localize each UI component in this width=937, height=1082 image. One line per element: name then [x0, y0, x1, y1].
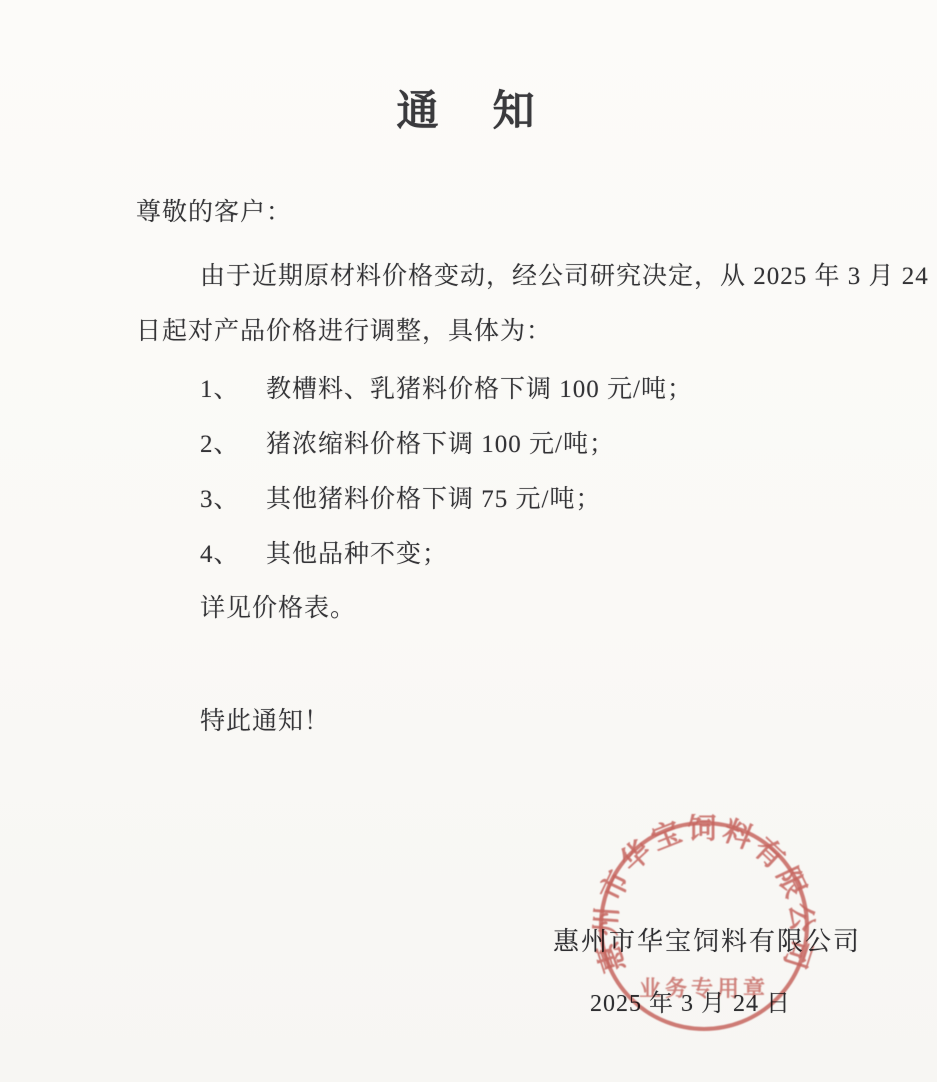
seal-arc-text: 惠州市华宝饲料有限公司 [592, 814, 816, 976]
body-paragraph-line-2: 日起对产品价格进行调整，具体为： [136, 311, 552, 347]
body-paragraph-line-1: 由于近期原材料价格变动，经公司研究决定，从 2025 年 3 月 24 [136, 256, 929, 292]
list-item-1-text: 教槽料、乳猪料价格下调 100 元/吨； [266, 376, 693, 403]
svg-text:惠州市华宝饲料有限公司: 惠州市华宝饲料有限公司 [592, 814, 816, 976]
list-item-4-number: 4、 [200, 534, 266, 570]
list-item-2-number: 2、 [200, 424, 266, 460]
list-item-1-number: 1、 [200, 369, 266, 405]
list-item-3-number: 3、 [200, 479, 266, 515]
list-item-2-text: 猪浓缩料价格下调 100 元/吨； [266, 431, 615, 458]
list-item-2: 2、猪浓缩料价格下调 100 元/吨； [136, 424, 615, 460]
seal-bottom-text: 业务专用章 [639, 976, 769, 1001]
list-item-1: 1、教槽料、乳猪料价格下调 100 元/吨； [136, 369, 693, 405]
notice-title: 通 知 [0, 78, 937, 138]
list-item-3-text: 其他猪料价格下调 75 元/吨； [266, 486, 601, 513]
notice-document: 通 知 尊敬的客户： 由于近期原材料价格变动，经公司研究决定，从 2025 年 … [0, 0, 937, 1082]
company-seal-stamp: 惠州市华宝饲料有限公司 业务专用章 [592, 814, 816, 1038]
see-price-note: 详见价格表。 [136, 588, 356, 624]
list-item-3: 3、其他猪料价格下调 75 元/吨； [136, 479, 601, 515]
salutation: 尊敬的客户： [136, 192, 292, 228]
list-item-4: 4、其他品种不变； [136, 534, 448, 570]
closing-line: 特此通知！ [136, 701, 330, 737]
list-item-4-text: 其他品种不变； [266, 541, 448, 568]
